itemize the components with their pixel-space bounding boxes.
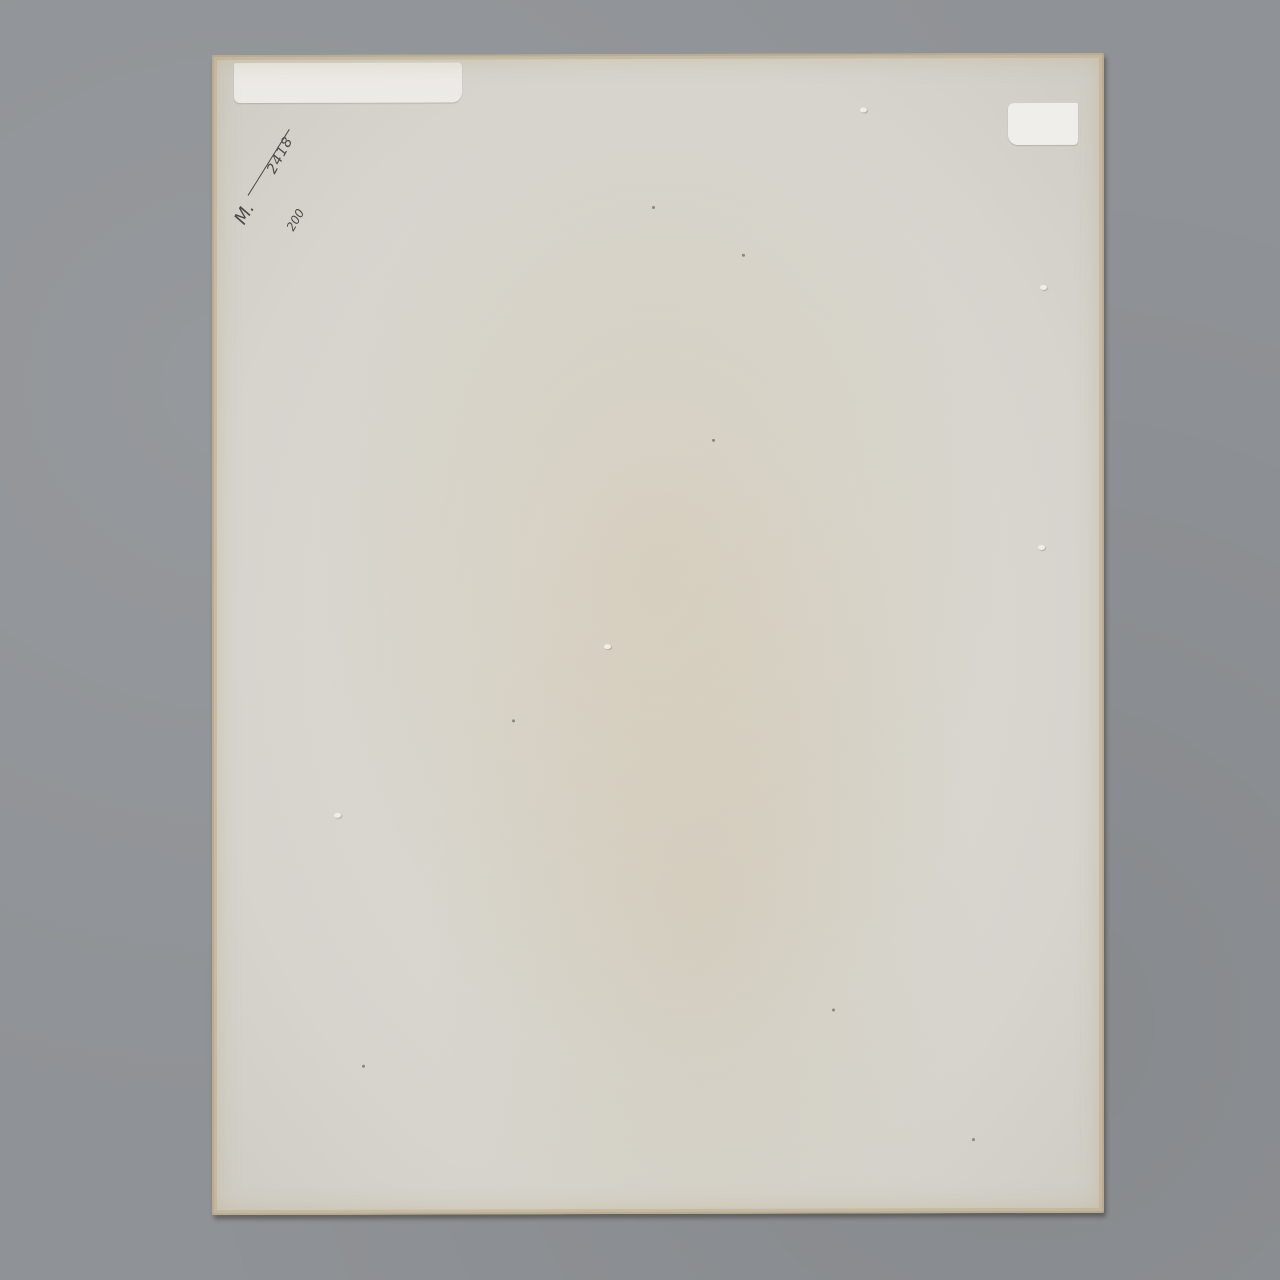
- foxing-spot: [512, 719, 515, 722]
- paper-sheet: M. 2418 200: [212, 53, 1104, 1215]
- pencil-annotation: M. 2418 200: [234, 155, 324, 245]
- foxing-spot: [972, 1138, 975, 1141]
- foxing-spot: [832, 1009, 835, 1012]
- paper-inclusion: [334, 813, 341, 818]
- foxing-spot: [742, 254, 745, 257]
- foxing-spot: [652, 206, 655, 209]
- hinge-remnant-top-left: [234, 63, 462, 104]
- paper-inclusion: [1040, 285, 1047, 290]
- foxing-spot: [362, 1065, 365, 1068]
- paper-inclusion: [860, 107, 867, 112]
- annotation-prefix: M.: [230, 199, 259, 228]
- foxing-spot: [712, 439, 715, 442]
- paper-inclusion: [1038, 545, 1045, 550]
- paper-inclusion: [604, 644, 611, 649]
- hinge-remnant-top-right: [1008, 103, 1078, 145]
- annotation-denominator: 200: [284, 207, 308, 234]
